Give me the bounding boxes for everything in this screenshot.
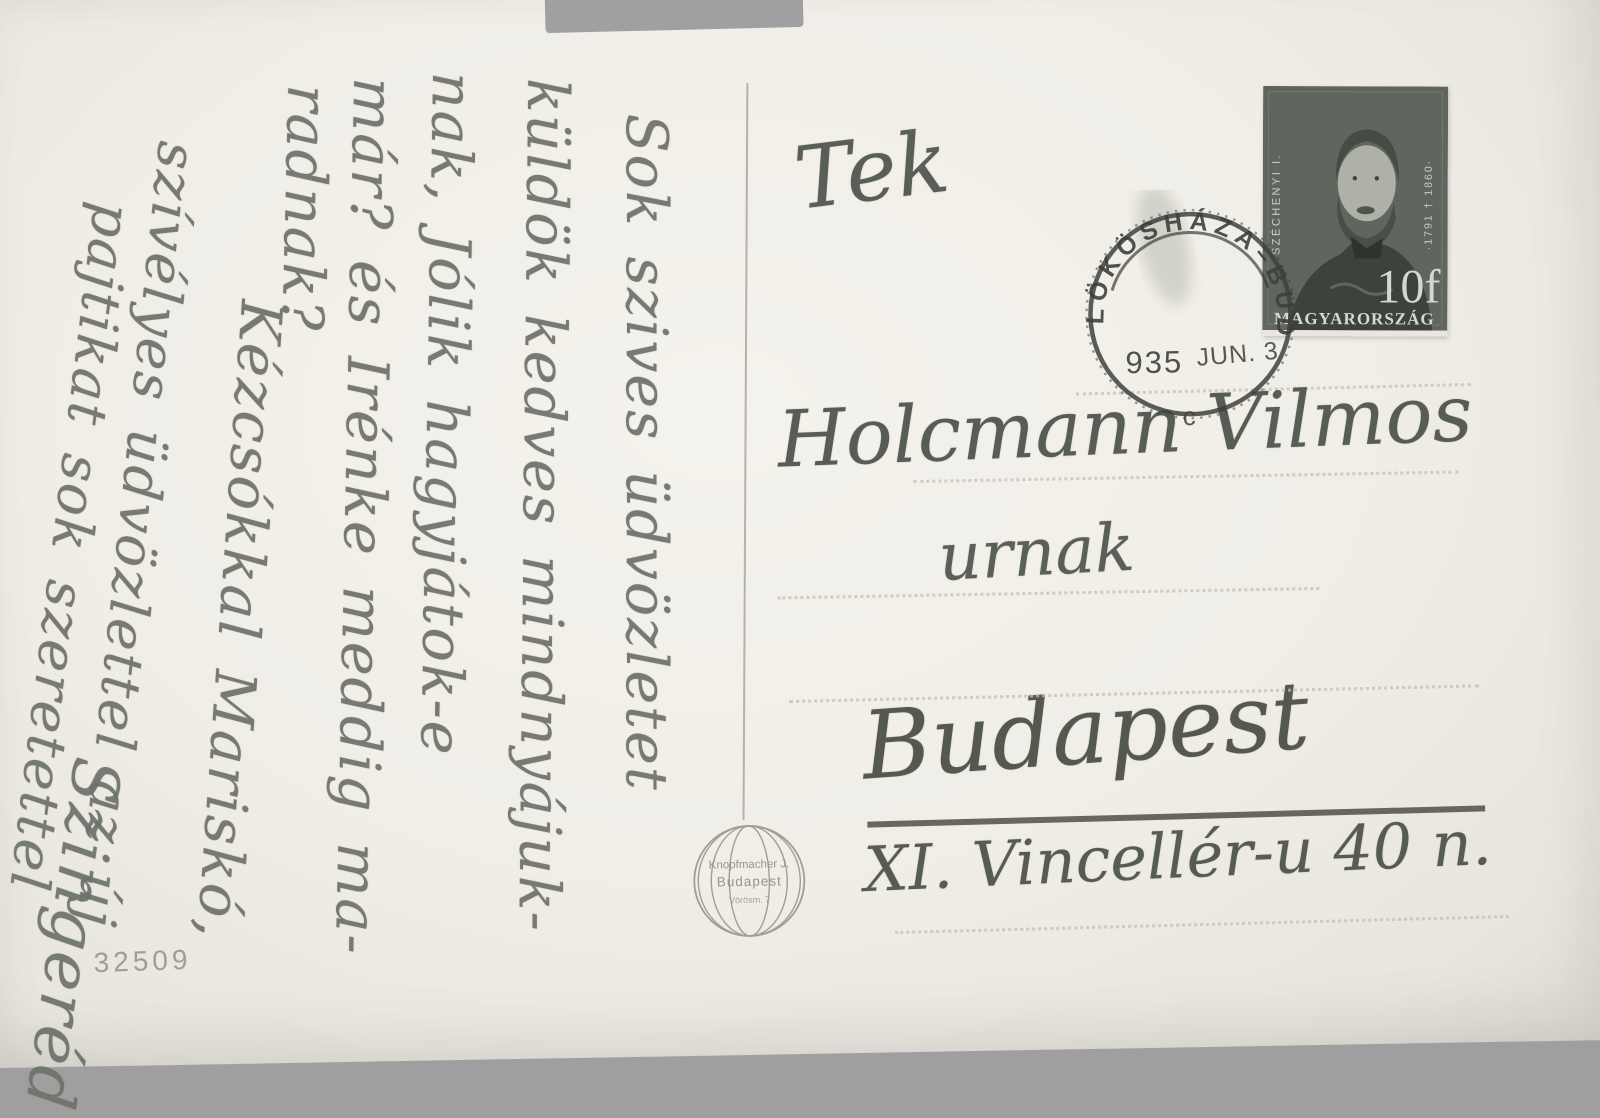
address-dotted-line bbox=[895, 915, 1509, 934]
postmark-date-day: JUN. 3 bbox=[1195, 337, 1280, 372]
globe-publisher-logo: Knopfmacher J. Budapest Vörösm. 7 bbox=[688, 816, 810, 944]
message-line-1: Sok szives üdvözletet bbox=[613, 114, 679, 792]
publisher-name: Knopfmacher J. bbox=[709, 858, 790, 871]
publisher-street: Vörösm. 7 bbox=[729, 895, 770, 906]
message-block: Sok szives üdvözletet küldök kedves mind… bbox=[8, 58, 725, 1050]
message-line-6: Kézcsókkal Mariskó, bbox=[183, 298, 294, 942]
catalog-number: 32509 bbox=[93, 944, 192, 979]
city-name: Budapest bbox=[858, 662, 1312, 802]
publisher-city: Budapest bbox=[717, 873, 782, 889]
stamp-denomination: 10f bbox=[1376, 260, 1440, 313]
postmark-stamp: LÖKÖSHÁZA–BUD 935 JUN. 3 c bbox=[1063, 187, 1317, 451]
divider-line bbox=[743, 83, 749, 820]
stamp-right-inscription: ·1791 † 1860· bbox=[1423, 159, 1435, 250]
postmark-date-year: 935 bbox=[1125, 344, 1183, 380]
message-line-3: nak, Jólik hagyjátok-e bbox=[407, 71, 485, 757]
salutation-text: Tek bbox=[789, 112, 954, 230]
postcard-scan: Sok szives üdvözletet küldök kedves mind… bbox=[0, 0, 1600, 1063]
message-line-5: radnak? bbox=[268, 84, 340, 333]
postmark-index-letter: c bbox=[1183, 401, 1197, 431]
message-line-2: küldök kedves mindnyájuk- bbox=[505, 78, 580, 933]
addressee-honorific: urnak bbox=[937, 509, 1137, 596]
